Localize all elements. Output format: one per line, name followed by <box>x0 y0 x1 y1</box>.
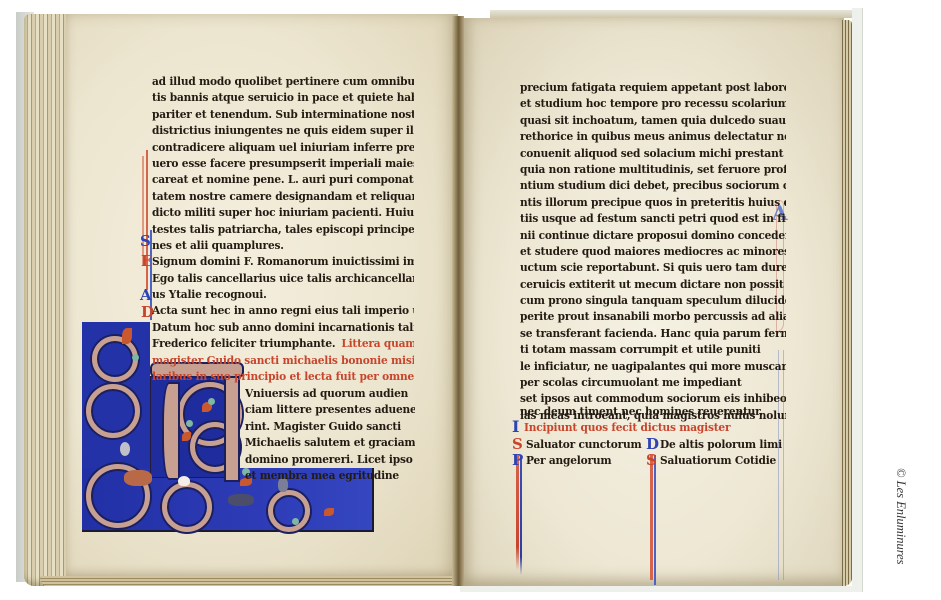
text-line: ceruicis extiterit ut mecum dictare non … <box>520 276 786 293</box>
rubric-line: magister Guido sancti michaelis bononie … <box>152 353 414 369</box>
rubric-line: Incipiunt quos fecit dictus magister <box>524 420 786 436</box>
left-page-text-top: ad illud modo quolibet pertinere cum omn… <box>152 74 414 353</box>
text-line: per scolas circumuolant me impediant <box>520 375 786 392</box>
text-line: et membra mea egritudine <box>245 468 415 485</box>
blue-pen-flourish <box>520 455 522 575</box>
text-line: testes talis patriarcha, tales episcopi … <box>152 221 414 238</box>
right-page-text: precium fatigata requiem appetant post l… <box>520 80 786 424</box>
text-line: ad illud modo quolibet pertinere cum omn… <box>152 74 414 91</box>
text-line: ti totam massam corrumpit et utile punit… <box>520 342 786 359</box>
red-initial-s: S <box>646 453 657 468</box>
red-pen-flourish <box>516 455 519 570</box>
blue-initial-p: P <box>512 453 523 468</box>
text-line: pariter et tenendum. Sub interminatione … <box>152 106 414 123</box>
text-line: perite prout insanabili morbo percussis … <box>520 309 786 326</box>
red-initial-s: S <box>512 437 523 452</box>
text-line: tiis usque ad festum sancti petri quod e… <box>520 211 786 228</box>
text-line: careat et nomine pene. L. auri puri comp… <box>152 172 414 189</box>
right-mount-frame <box>852 8 863 592</box>
text-line: conuenit aliquod sed solacium michi pres… <box>520 145 786 162</box>
text-line: tatem nostre camere designandam et reliq… <box>152 188 414 205</box>
text-line: quia non ratione multitudinis, set feruo… <box>520 162 786 179</box>
right-page-text-last: nec deum timent nec homines reuerentur. <box>520 404 786 420</box>
text-line: dicto militi super hoc iniuriam pacienti… <box>152 205 414 222</box>
text-line: se transferant facienda. Hanc quia parum… <box>520 325 786 342</box>
blue-initial-s: S <box>140 234 151 249</box>
verse-line: Saluatiorum Cotidie <box>660 453 788 470</box>
text-line: rint. Magister Guido sancti <box>245 418 415 435</box>
vine-scroll <box>86 384 140 438</box>
green-bud <box>208 398 215 405</box>
text-line: rethorice in quibus meus animus delectat… <box>520 129 786 146</box>
text-line: Ego talis cancellarius uice talis archic… <box>152 270 414 287</box>
text-line: Vniuersis ad quorum audien <box>245 386 415 403</box>
bottom-mount-frame <box>460 586 860 592</box>
initial-letter-bow <box>162 382 180 480</box>
text-line: et studere quod maiores mediocres ac min… <box>520 243 786 260</box>
green-bud <box>132 354 139 361</box>
text-line: ciam littere presentes aduene <box>245 402 415 419</box>
text-line: us Ytalie recognoui. <box>152 287 414 304</box>
red-initial-e: E <box>141 254 152 269</box>
right-page-stack-edge <box>842 20 852 586</box>
text-line: districtius iniungentes ne quis eidem su… <box>152 123 414 140</box>
green-bud <box>186 420 193 427</box>
text-line: et studium hoc tempore pro recessu scola… <box>520 96 786 113</box>
text-line: precium fatigata requiem appetant post l… <box>520 80 786 97</box>
red-leaf <box>182 432 191 441</box>
rubric-block: magister Guido sancti michaelis bononie … <box>152 353 414 369</box>
white-creature-head <box>178 476 190 486</box>
text-line: uctum scie reportabunt. Si quis uero tam… <box>520 260 786 277</box>
incipit-rubric: Incipiunt quos fecit dictus magister <box>524 420 786 436</box>
text-line: Acta sunt hec in anno regni eius tali im… <box>152 303 414 320</box>
red-leaf <box>122 328 132 344</box>
brown-beast-body <box>124 470 152 486</box>
text-line: Signum domini F. Romanorum inuictissimi … <box>152 254 414 271</box>
green-bud <box>292 518 299 525</box>
rubric-line: laribus in suo principio et lecta fuit p… <box>152 369 414 385</box>
right-top-edge <box>490 10 856 18</box>
text-line: Michaelis salutem et graciam a <box>245 435 415 452</box>
copyright-caption: © Les Enluminures <box>893 468 908 565</box>
rubric-block: laribus in suo principio et lecta fuit p… <box>152 369 414 385</box>
text-line: nes et alii quamplures. <box>152 237 414 254</box>
text-line: cum prono singula tanquam speculum diluc… <box>520 293 786 310</box>
blue-pen-flourish <box>654 455 656 585</box>
verses-column-2: De altis polorum limi Saluatiorum Cotidi… <box>660 437 788 470</box>
text-line: le inficiatur, ne uagipalantes qui more … <box>520 358 786 375</box>
verse-line: Per angelorum <box>526 453 650 470</box>
grey-figure-head <box>120 442 130 456</box>
book-gutter <box>452 16 464 586</box>
verse-line: Saluator cunctorum <box>526 437 650 454</box>
vine-scroll <box>92 336 138 382</box>
verse-line: De altis polorum limi <box>660 437 788 454</box>
text-line: domino promereri. Licet ipso <box>245 451 415 468</box>
red-leaf <box>324 508 334 516</box>
text-line: quasi sit inchoatum, tamen quia dulcedo … <box>520 112 786 129</box>
text-line: ntium studium dici debet, precibus socio… <box>520 178 786 195</box>
blue-initial-d: D <box>646 437 659 452</box>
left-page-text-after-initial: Vniuersis ad quorum audien ciam littere … <box>245 386 415 484</box>
vine-scroll <box>162 482 212 532</box>
text-line: contradicere aliquam uel iniuriam inferr… <box>152 139 414 156</box>
text-line: uero esse facere presumpserit imperiali … <box>152 156 414 173</box>
blue-initial-a: A <box>140 288 152 303</box>
red-pen-flourish <box>650 455 653 580</box>
grey-hound <box>228 494 254 506</box>
text-line: ntis illorum precipue quos in preteritis… <box>520 194 786 211</box>
verses-column-1: Saluator cunctorum Per angelorum <box>526 437 650 470</box>
blue-initial-i: I <box>512 419 519 434</box>
vine-scroll <box>268 490 310 532</box>
text-line: nii continue dictare proposui domino con… <box>520 227 786 244</box>
left-bottom-edge <box>40 576 460 586</box>
text-line: nec deum timent nec homines reuerentur. <box>520 404 786 420</box>
text-line: tis bannis atque seruicio in pace et qui… <box>152 90 414 107</box>
